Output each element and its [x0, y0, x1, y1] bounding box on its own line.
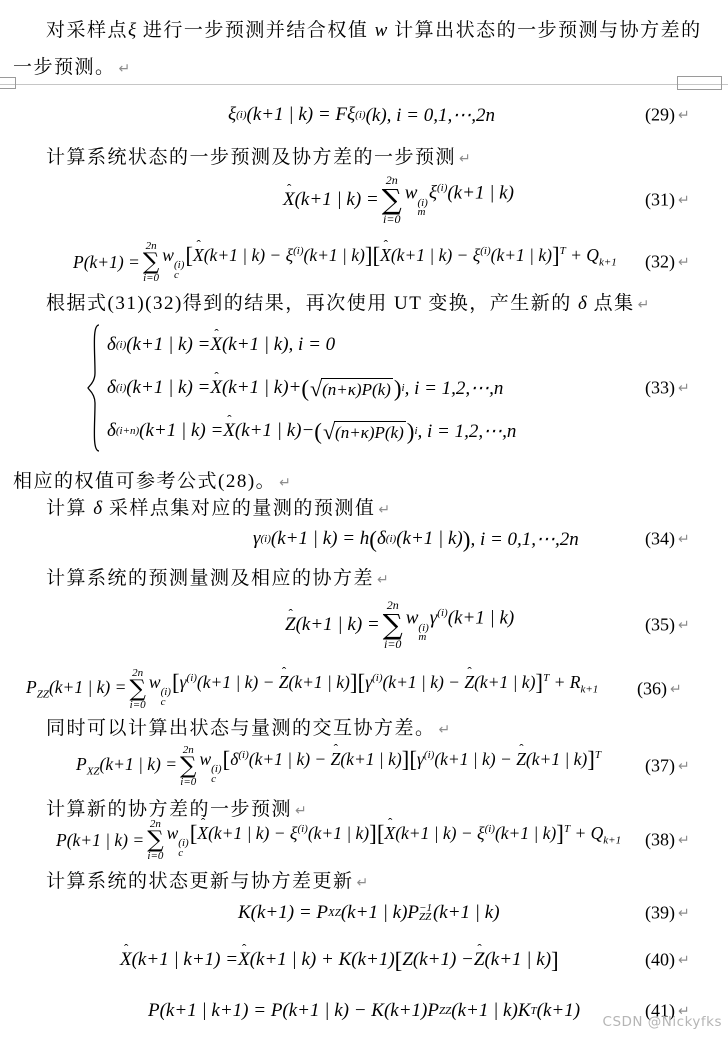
equation-content: K(k+1) = PXZ(k+1 | k)P−1ZZ(k+1 | k) [238, 902, 500, 924]
paragraph-mark-icon: ↵ [279, 471, 291, 496]
equation-33[interactable]: δ(i)(k+1 | k) = X(k+1 | k), i = 0 δ(i)(k… [0, 322, 728, 454]
equation-number: (31) [645, 190, 675, 211]
left-brace-icon [86, 323, 101, 453]
equation-content: P(k+1 | k+1) = P(k+1 | k) − K(k+1)PZZ(k+… [148, 1000, 580, 1022]
watermark: CSDN @Nickyfks [603, 1014, 722, 1030]
paragraph-weights[interactable]: 相应的权值可参考公式(28)。↵ [13, 469, 291, 496]
paragraph-calc-state[interactable]: 计算系统状态的一步预测及协方差的一步预测↵ [46, 145, 471, 172]
equation-34[interactable]: γ(i)(k+1 | k) = h(δ(i)(k+1 | k)), i = 0,… [0, 522, 728, 556]
paragraph-mark-icon: ↵ [357, 871, 369, 896]
paragraph-text: 计算系统的状态更新与协方差更新 [46, 871, 354, 892]
equation-content: PZZ(k+1 | k) = 2n∑i=0w(i)c[γ(i)(k+1 | k)… [26, 668, 598, 711]
paragraph-mark-icon: ↵ [678, 617, 690, 633]
paragraph-mark-icon: ↵ [678, 254, 690, 270]
equation-case-line: δ(i+n)(k+1 | k) = X(k+1 | k)−(√(n+κ)P(k)… [107, 416, 516, 446]
paragraph-ut-transform[interactable]: 根据式(31)(32)得到的结果，再次使用 UT 变换，产生新的 δ 点集↵ [46, 291, 649, 318]
paragraph-mark-icon: ↵ [378, 498, 390, 523]
paragraph-mark-icon: ↵ [678, 832, 690, 848]
equation-39[interactable]: K(k+1) = PXZ(k+1 | k)P−1ZZ(k+1 | k) (39)… [0, 898, 728, 928]
equation-content: X(k+1 | k) = 2n∑i=0w(i)mξ(i)(k+1 | k) [283, 174, 514, 226]
paragraph-calc-delta[interactable]: 计算 δ 采样点集对应的量测的预测值↵ [46, 496, 390, 523]
paragraph-mark-icon: ↵ [678, 380, 690, 396]
equation-36[interactable]: PZZ(k+1 | k) = 2n∑i=0w(i)c[γ(i)(k+1 | k)… [0, 665, 728, 713]
paragraph-mark-icon: ↵ [678, 952, 690, 968]
paragraph-text: 对采样点ξ 进行一步预测并结合权值 w 计算出状态的一步预测与协方差的一步预测。 [13, 20, 702, 78]
equation-content: ξ(i)(k+1 | k) = Fξ(i)(k), i = 0,1,⋯,2n [228, 104, 495, 127]
equation-number: (36) [637, 679, 667, 700]
equation-content: δ(i)(k+1 | k) = X(k+1 | k), i = 0 δ(i)(k… [86, 323, 516, 453]
equation-case-line: δ(i)(k+1 | k) = X(k+1 | k), i = 0 [107, 330, 516, 360]
equation-number: (37) [645, 756, 675, 777]
equation-number: (40) [645, 950, 675, 971]
equation-31[interactable]: X(k+1 | k) = 2n∑i=0w(i)mξ(i)(k+1 | k) (3… [0, 172, 728, 228]
paragraph-text: 计算系统的预测量测及相应的协方差 [46, 568, 374, 589]
equation-number: (29) [645, 105, 675, 126]
equation-number: (34) [645, 529, 675, 550]
equation-cases: δ(i)(k+1 | k) = X(k+1 | k), i = 0 δ(i)(k… [107, 330, 516, 446]
equation-37[interactable]: PXZ(k+1 | k) = 2n∑i=0w(i)c[δ(i)(k+1 | k)… [0, 742, 728, 790]
equation-number: (38) [645, 830, 675, 851]
equation-content: P(k+1 | k) = 2n∑i=0w(i)c[X(k+1 | k) − ξ(… [56, 819, 621, 862]
paragraph-mark-icon: ↵ [678, 905, 690, 921]
paragraph-mark-icon: ↵ [638, 293, 650, 318]
equation-content: PXZ(k+1 | k) = 2n∑i=0w(i)c[δ(i)(k+1 | k)… [76, 745, 601, 788]
paragraph-mark-icon: ↵ [439, 718, 451, 743]
paragraph-state-update[interactable]: 计算系统的状态更新与协方差更新↵ [46, 869, 368, 896]
equation-40[interactable]: X(k+1 | k+1) = X(k+1 | k) + K(k+1)[Z(k+1… [0, 942, 728, 978]
equation-content: X(k+1 | k+1) = X(k+1 | k) + K(k+1)[Z(k+1… [120, 949, 559, 972]
equation-content: P(k+1) = 2n∑i=0w(i)c[X(k+1 | k) − ξ(i)(k… [73, 241, 617, 284]
paragraph-cross-covariance[interactable]: 同时可以计算出状态与量测的交互协方差。↵ [46, 716, 450, 743]
equation-number: (33) [645, 378, 675, 399]
equation-content: Z(k+1 | k) = 2n∑i=0w(i)mγ(i)(k+1 | k) [285, 599, 514, 651]
paragraph-text: 相应的权值可参考公式(28)。 [13, 471, 276, 492]
paragraph-mark-icon: ↵ [119, 51, 131, 88]
paragraph-mark-icon: ↵ [678, 107, 690, 123]
document-page: 对采样点ξ 进行一步预测并结合权值 w 计算出状态的一步预测与协方差的一步预测。… [0, 0, 728, 1040]
equation-number: (32) [645, 252, 675, 273]
equation-38[interactable]: P(k+1 | k) = 2n∑i=0w(i)c[X(k+1 | k) − ξ(… [0, 816, 728, 864]
paragraph-calc-measurement[interactable]: 计算系统的预测量测及相应的协方差↵ [46, 566, 389, 593]
paragraph-mark-icon: ↵ [678, 758, 690, 774]
paragraph-mark-icon: ↵ [678, 192, 690, 208]
equation-content: γ(i)(k+1 | k) = h(δ(i)(k+1 | k)), i = 0,… [253, 528, 579, 551]
equation-number: (35) [645, 615, 675, 636]
paragraph-mark-icon: ↵ [670, 681, 682, 697]
equation-35[interactable]: Z(k+1 | k) = 2n∑i=0w(i)mγ(i)(k+1 | k) (3… [0, 597, 728, 653]
paragraph-intro[interactable]: 对采样点ξ 进行一步预测并结合权值 w 计算出状态的一步预测与协方差的一步预测。… [13, 12, 716, 88]
equation-32[interactable]: P(k+1) = 2n∑i=0w(i)c[X(k+1 | k) − ξ(i)(k… [0, 238, 728, 286]
paragraph-mark-icon: ↵ [678, 531, 690, 547]
paragraph-text: 计算 δ 采样点集对应的量测的预测值 [46, 498, 375, 519]
equation-29[interactable]: ξ(i)(k+1 | k) = Fξ(i)(k), i = 0,1,⋯,2n (… [0, 98, 728, 132]
equation-case-line: δ(i)(k+1 | k) = X(k+1 | k)+(√(n+κ)P(k))i… [107, 373, 516, 403]
paragraph-mark-icon: ↵ [459, 147, 471, 172]
equation-number: (39) [645, 903, 675, 924]
paragraph-text: 计算系统状态的一步预测及协方差的一步预测 [46, 147, 456, 168]
paragraph-text: 同时可以计算出状态与量测的交互协方差。 [46, 718, 436, 739]
paragraph-mark-icon: ↵ [377, 568, 389, 593]
paragraph-text: 根据式(31)(32)得到的结果，再次使用 UT 变换，产生新的 δ 点集 [46, 293, 635, 314]
